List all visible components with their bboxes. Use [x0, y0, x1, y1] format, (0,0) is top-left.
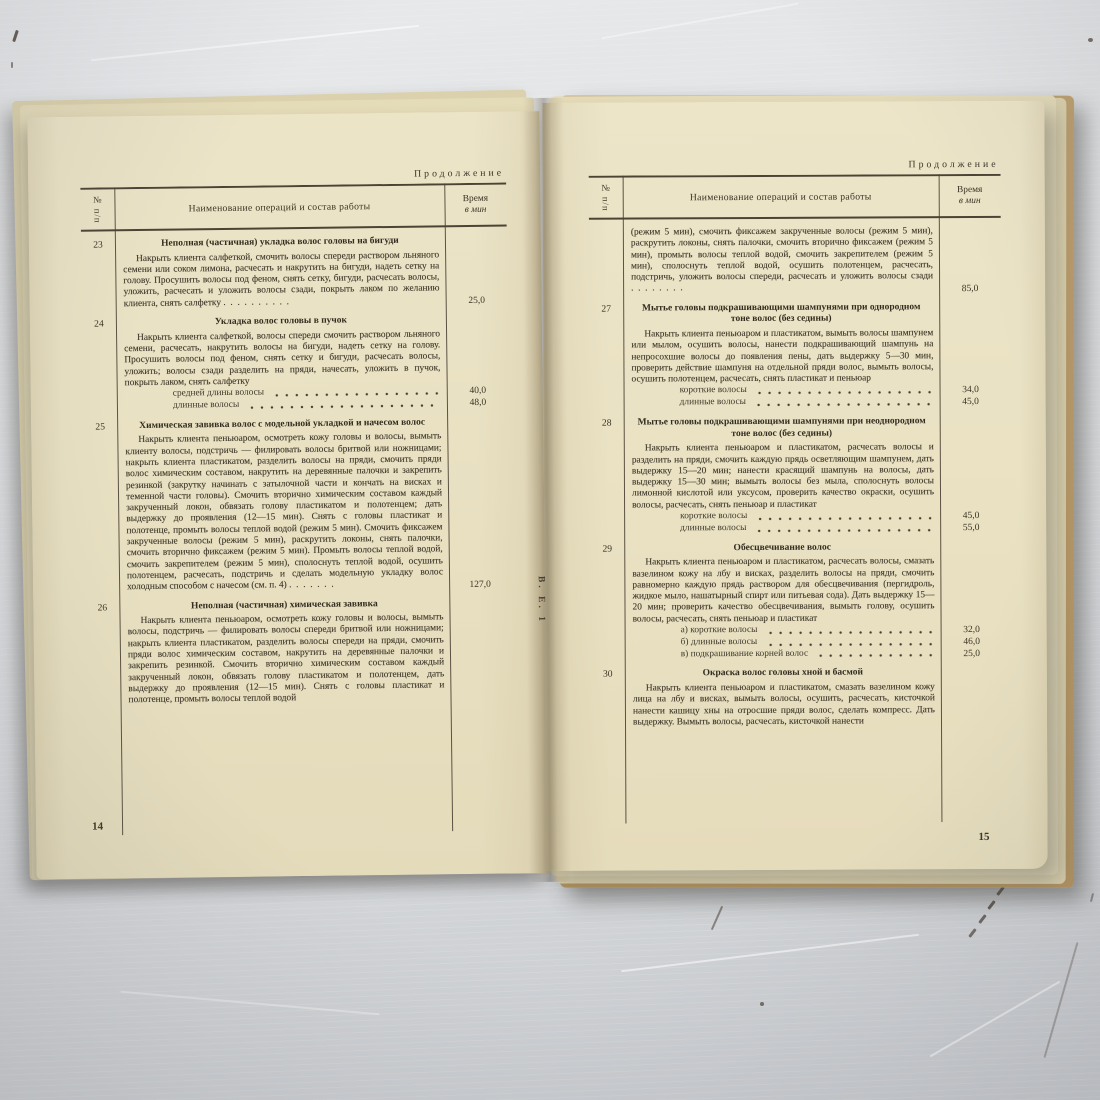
time-value: 25,0 [941, 647, 1003, 659]
operation-description: Накрыть клиента пеньюаром, осмотреть кож… [117, 432, 449, 594]
leader-dots [247, 403, 440, 409]
operation-description: Накрыть клиента пеньюаром и пластикатом,… [623, 328, 939, 386]
continuation-label: Продолжение [80, 168, 506, 184]
leader-dots [754, 402, 933, 407]
leader-dots [754, 528, 933, 533]
time-value: 40,0 [447, 385, 509, 398]
continuation-label: Продолжение [589, 159, 1001, 172]
time-header-line2: в мин [959, 196, 981, 208]
scratch-mark [621, 934, 919, 973]
scratch-mark [978, 914, 987, 924]
spine-mark: В. Е. 1 [536, 576, 546, 624]
leader-dots [755, 516, 933, 521]
scratch-mark [987, 900, 996, 910]
scratch-mark [1090, 893, 1094, 902]
operations-table-right: № п/п Наименование операций и состав раб… [589, 174, 1004, 824]
time-column-header: Время в мин [939, 176, 1001, 216]
scratch-mark [91, 25, 419, 61]
page-number: 15 [978, 831, 989, 843]
variant-label: короткие волосы [680, 511, 747, 523]
num-column-header-cell: № п/п [80, 189, 114, 229]
operation-title: Укладка волос головы в пучок [116, 314, 446, 330]
left-page: Продолжение № п/п Наименование операций … [27, 111, 548, 879]
time-value: 46,0 [941, 636, 1003, 648]
variant-label: длинные волосы [680, 397, 746, 409]
scratch-mark [1044, 942, 1079, 1058]
operation-title: Окраска волос головы хной и басмой [625, 668, 941, 681]
time-header-line1: Время [463, 193, 488, 205]
scratch-mark [601, 3, 798, 40]
row-number: 28 [590, 418, 624, 444]
operations-table-left: № п/п Наименование операций и состав раб… [80, 183, 514, 836]
leader-dots [755, 390, 933, 395]
time-value: 55,0 [940, 522, 1002, 534]
variant-label: б) длинные волосы [681, 637, 758, 649]
row-number: 26 [85, 602, 119, 617]
time-value: 45,0 [940, 396, 1002, 408]
scratch-mark [711, 906, 723, 931]
table-row: 24Укладка волос головы в пучокНакрыть кл… [82, 306, 509, 414]
operation-description: Накрыть клиента пеньюаром и пластикатом,… [625, 682, 941, 729]
time-value: 34,0 [940, 384, 1002, 396]
speck-mark [12, 30, 19, 42]
operation-description: (режим 5 мин), смочить фиксажем закручен… [623, 226, 939, 295]
operation-description: Накрыть клиента салфеткой, волосы сперед… [116, 329, 447, 390]
operation-title: Неполная (частичная) укладка волос голов… [115, 235, 445, 251]
time-value: 85,0 [939, 283, 1001, 294]
operation-title: Мытье головы подкрашивающими шампунями п… [623, 302, 939, 327]
row-number: 27 [589, 303, 623, 329]
time-value: 25,0 [446, 295, 508, 307]
row-number: 24 [82, 318, 116, 333]
leader-dots [765, 642, 933, 647]
row-number: 29 [590, 543, 624, 558]
photo-of-open-book: Продолжение № п/п Наименование операций … [0, 0, 1100, 1100]
time-value: 32,0 [941, 624, 1003, 636]
operation-title: Мытье головы подкрашивающими шампунями п… [624, 416, 940, 441]
name-column-header: Наименование операций и состав работы [114, 185, 444, 229]
time-value: 48,0 [447, 396, 509, 409]
right-page: Продолжение № п/п Наименование операций … [542, 101, 1047, 871]
row-number: 23 [81, 239, 115, 254]
num-column-header: № п/п [601, 183, 611, 212]
variant-label: длинные волосы [680, 523, 746, 535]
operation-description: Накрыть клиента салфеткой, смочить волос… [115, 250, 446, 311]
num-column-header: № п/п [92, 195, 102, 224]
time-value: 45,0 [940, 510, 1002, 522]
time-column-header: Время в мин [444, 185, 506, 226]
variant-label: в) подкрашивание корней волос [681, 648, 808, 660]
table-header: № п/п Наименование операций и состав раб… [80, 183, 507, 232]
variant-label: а) короткие волосы [681, 625, 758, 637]
speck-mark [11, 62, 13, 68]
leader-dots [765, 630, 933, 635]
num-column-header-cell: № п/п [589, 178, 623, 218]
scratch-mark [120, 991, 379, 1016]
time-value: 127,0 [449, 578, 511, 590]
speck-mark [760, 1002, 764, 1006]
variant-line: длинные волосы [624, 396, 940, 409]
operation-title: Химическая завивка волос с модельной укл… [117, 417, 447, 433]
time-header-line1: Время [957, 184, 982, 196]
open-book: Продолжение № п/п Наименование операций … [29, 96, 1058, 885]
operation-description: Накрыть клиента пеньюаром и пластикатом,… [624, 556, 940, 625]
row-number: 30 [591, 669, 625, 684]
table-row: 23Неполная (частичная) укладка волос гол… [81, 227, 508, 311]
scratch-mark [930, 981, 1061, 1058]
leader-dots [816, 654, 934, 659]
name-column-header: Наименование операций и состав работы [623, 176, 939, 217]
operation-title: Неполная (частичная) химическая завивка [119, 598, 449, 614]
time-header-line2: в мин [465, 205, 487, 217]
leader-dots [272, 391, 440, 397]
variant-label: длинные волосы [173, 400, 239, 413]
row-number: 25 [83, 421, 117, 436]
operation-title: Обесцвечивание волос [624, 542, 940, 555]
variant-line: в) подкрашивание корней волос [625, 648, 941, 661]
operation-description: Накрыть клиента пеньюаром, осмотреть кож… [120, 612, 451, 706]
speck-mark [1088, 38, 1093, 42]
operation-description: Накрыть клиента пеньюаром и пластикатом,… [624, 442, 940, 511]
scratch-mark [968, 928, 977, 938]
variant-label: короткие волосы [680, 385, 747, 397]
variant-line: длинные волосы [624, 522, 940, 535]
page-number: 14 [92, 821, 103, 833]
